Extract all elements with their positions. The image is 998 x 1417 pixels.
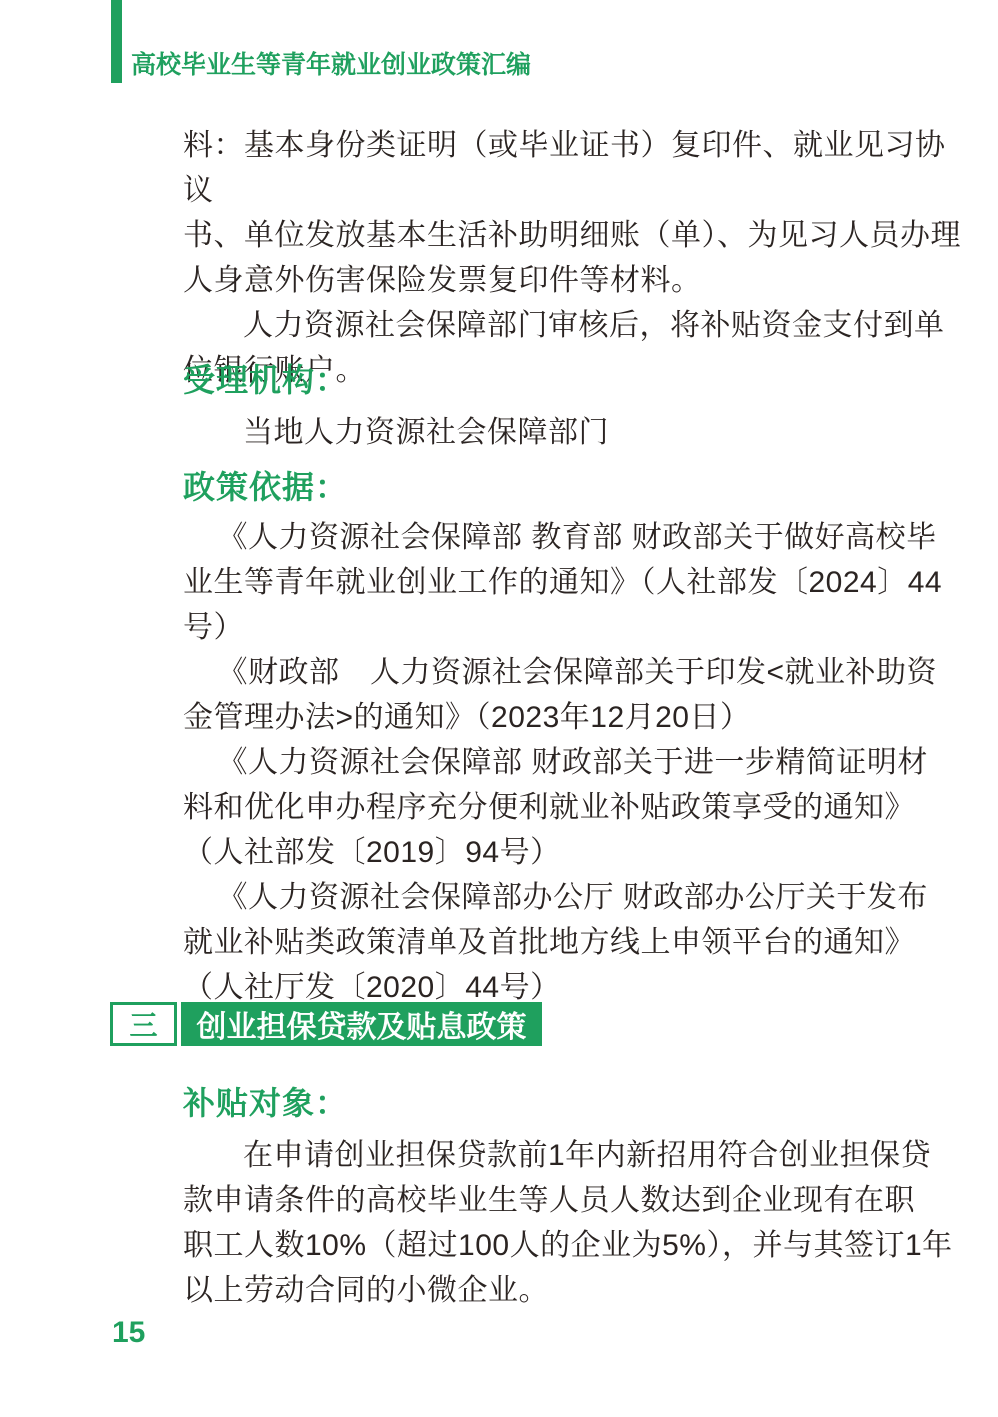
policy-reference-item: 《人力资源社会保障部 教育部 财政部关于做好高校毕 业生等青年就业创业工作的通知… xyxy=(183,515,973,650)
policy-reference-item: 《人力资源社会保障部 财政部关于进一步精简证明材 料和优化申办程序充分便利就业补… xyxy=(183,740,973,875)
heading-policy-basis: 政策依据： xyxy=(183,465,348,510)
policy-basis-list: 《人力资源社会保障部 教育部 财政部关于做好高校毕 业生等青年就业创业工作的通知… xyxy=(183,515,973,1010)
page-number: 15 xyxy=(112,1316,145,1350)
paragraph-subsidy-target: 在申请创业担保贷款前1年内新招用符合创业担保贷 款申请条件的高校毕业生等人员人数… xyxy=(183,1133,973,1313)
policy-reference-item: 《人力资源社会保障部办公厅 财政部办公厅关于发布 就业补贴类政策清单及首批地方线… xyxy=(183,875,973,1010)
page-header-title: 高校毕业生等青年就业创业政策汇编 xyxy=(131,48,531,83)
heading-subsidy-target: 补贴对象： xyxy=(183,1081,348,1126)
intro-paragraphs: 料：基本身份类证明（或毕业证书）复印件、就业见习协议 书、单位发放基本生活补助明… xyxy=(183,123,973,393)
section-3-header: 三 创业担保贷款及贴息政策 xyxy=(110,1002,542,1046)
document-page: 高校毕业生等青年就业创业政策汇编 料：基本身份类证明（或毕业证书）复印件、就业见… xyxy=(0,0,998,1417)
accepting-org-body-block: 当地人力资源社会保障部门 xyxy=(183,410,973,455)
paragraph-accepting-org: 当地人力资源社会保障部门 xyxy=(183,410,973,455)
policy-reference-item: 《财政部 人力资源社会保障部关于印发<就业补助资 金管理办法>的通知》（2023… xyxy=(183,650,973,740)
paragraph-required-materials: 料：基本身份类证明（或毕业证书）复印件、就业见习协议 书、单位发放基本生活补助明… xyxy=(183,123,973,303)
section-title-bar: 创业担保贷款及贴息政策 xyxy=(181,1002,542,1046)
heading-accepting-org: 受理机构： xyxy=(183,358,348,403)
section-number-badge: 三 xyxy=(110,1002,177,1046)
subsidy-target-body-block: 在申请创业担保贷款前1年内新招用符合创业担保贷 款申请条件的高校毕业生等人员人数… xyxy=(183,1133,973,1313)
header-accent-bar xyxy=(111,0,122,83)
